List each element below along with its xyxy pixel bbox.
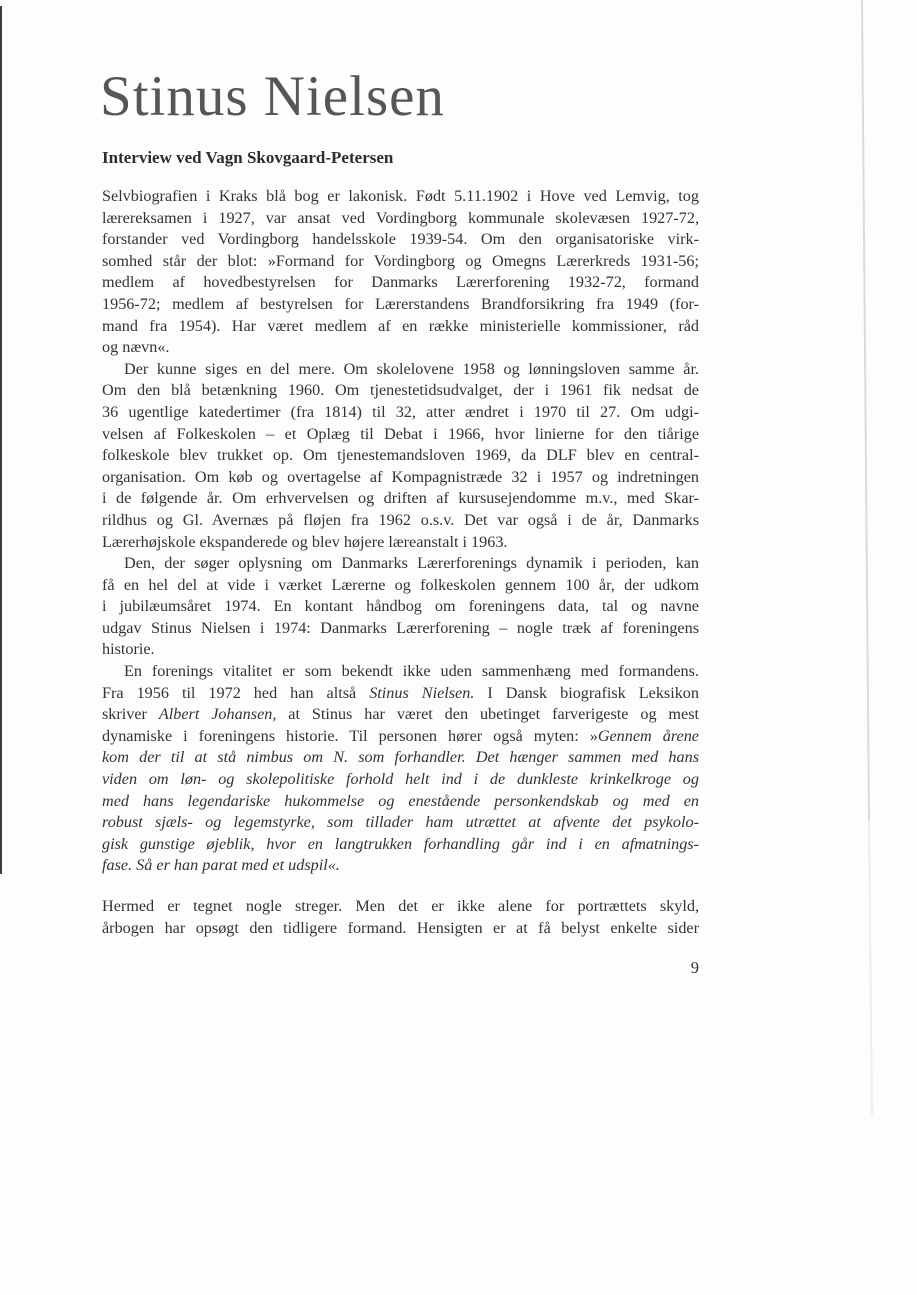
text-line: historie. [102, 639, 699, 661]
text-segment: i jubilæumsåret 1974. En kontant håndbog… [102, 597, 699, 615]
text-segment: at Stinus har været den ubetinget farver… [276, 705, 699, 723]
text-segment: historie. [102, 640, 155, 658]
article-body: Selvbiografien i Kraks blå bog er lakoni… [102, 186, 699, 939]
italic-text-segment: kom der til at stå nimbus om N. som forh… [102, 748, 699, 766]
text-line: forstander ved Vordingborg handelsskole … [102, 229, 699, 251]
italic-text-segment: gisk gunstige øjeblik, hvor en langtrukk… [102, 835, 699, 853]
text-line: og nævn«. [102, 337, 699, 359]
text-segment: Om den blå betænkning 1960. Om tjenestet… [102, 381, 699, 399]
text-segment: dynamiske i foreningens historie. Til pe… [102, 727, 598, 745]
text-segment: skriver [102, 705, 159, 723]
paragraph-3: Den, der søger oplysning om Danmarks Lær… [102, 553, 699, 661]
text-segment: 36 ugentlige katedertimer (fra 1814) til… [102, 403, 699, 421]
text-line: velsen af Folkeskolen – et Oplæg til Deb… [102, 424, 699, 446]
text-segment: i de følgende år. Om erhvervelsen og dri… [102, 489, 699, 507]
text-line: Hermed er tegnet nogle streger. Men det … [102, 896, 699, 918]
text-line: lærereksamen i 1927, var ansat ved Vordi… [102, 208, 699, 230]
text-segment: mand fra 1954). Har været medlem af en r… [102, 317, 699, 335]
italic-text-segment: viden om løn- og skolepolitiske forhold … [102, 770, 699, 788]
text-line: folkeskole blev trukket op. Om tjenestem… [102, 445, 699, 467]
paragraph-4: En forenings vitalitet er som bekendt ik… [102, 661, 699, 877]
text-segment: og nævn«. [102, 338, 169, 356]
text-segment: Selvbiografien i Kraks blå bog er lakoni… [102, 187, 699, 205]
text-segment: Den, der søger oplysning om Danmarks Lær… [124, 554, 699, 572]
text-segment: udgav Stinus Nielsen i 1974: Danmarks Læ… [102, 619, 699, 637]
italic-text-segment: Gennem årene [598, 727, 699, 745]
text-line: i de følgende år. Om erhvervelsen og dri… [102, 488, 699, 510]
text-line: med hans legendariske hukommelse og enes… [102, 791, 699, 813]
paragraph-5: Hermed er tegnet nogle streger. Men det … [102, 896, 699, 939]
text-segment: Der kunne siges en del mere. Om skolelov… [124, 360, 699, 378]
text-line: Den, der søger oplysning om Danmarks Lær… [102, 553, 699, 575]
text-line: få en hel del at vide i værket Lærerne o… [102, 575, 699, 597]
italic-text-segment: med hans legendariske hukommelse og enes… [102, 792, 699, 810]
text-line: gisk gunstige øjeblik, hvor en langtrukk… [102, 834, 699, 856]
text-line: Selvbiografien i Kraks blå bog er lakoni… [102, 186, 699, 208]
text-line: rildhus og Gl. Avernæs på fløjen fra 196… [102, 510, 699, 532]
text-line: udgav Stinus Nielsen i 1974: Danmarks Læ… [102, 618, 699, 640]
text-line: Lærerhøjskole ekspanderede og blev højer… [102, 532, 699, 554]
text-segment: forstander ved Vordingborg handelsskole … [102, 230, 699, 248]
text-segment: somhed står der blot: »Formand for Vordi… [102, 252, 699, 270]
text-line: medlem af hovedbestyrelsen for Danmarks … [102, 272, 699, 294]
text-line: organisation. Om køb og overtagelse af K… [102, 467, 699, 489]
text-line: 1956-72; medlem af bestyrelsen for Lærer… [102, 294, 699, 316]
text-line: årbogen har opsøgt den tidligere formand… [102, 918, 699, 940]
scan-edge-line-left [0, 6, 2, 874]
text-line: Om den blå betænkning 1960. Om tjenestet… [102, 380, 699, 402]
text-segment: årbogen har opsøgt den tidligere formand… [102, 919, 699, 937]
page-subtitle: Interview ved Vagn Skovgaard-Petersen [102, 148, 393, 168]
text-line: robust sjæls- og legemstyrke, som tillad… [102, 812, 699, 834]
text-line: skriver Albert Johansen, at Stinus har v… [102, 704, 699, 726]
paragraph-1: Selvbiografien i Kraks blå bog er lakoni… [102, 186, 699, 359]
italic-text-segment: Stinus Nielsen. [369, 684, 474, 702]
italic-text-segment: fase. Så er han parat med et udspil«. [102, 856, 340, 874]
text-segment: lærereksamen i 1927, var ansat ved Vordi… [102, 209, 699, 227]
text-segment: 1956-72; medlem af bestyrelsen for Lærer… [102, 295, 699, 313]
text-segment: I Dansk biografisk Leksikon [474, 684, 699, 702]
text-line: i jubilæumsåret 1974. En kontant håndbog… [102, 596, 699, 618]
text-line: En forenings vitalitet er som bekendt ik… [102, 661, 699, 683]
text-segment: folkeskole blev trukket op. Om tjenestem… [102, 446, 699, 464]
text-line: somhed står der blot: »Formand for Vordi… [102, 251, 699, 273]
text-segment: velsen af Folkeskolen – et Oplæg til Deb… [102, 425, 699, 443]
italic-text-segment: Albert Johansen, [159, 705, 277, 723]
text-segment: Hermed er tegnet nogle streger. Men det … [102, 897, 699, 915]
text-segment: få en hel del at vide i værket Lærerne o… [102, 576, 699, 594]
text-line: kom der til at stå nimbus om N. som forh… [102, 747, 699, 769]
text-segment: rildhus og Gl. Avernæs på fløjen fra 196… [102, 511, 699, 529]
text-line: 36 ugentlige katedertimer (fra 1814) til… [102, 402, 699, 424]
scanned-book-page: Stinus Nielsen Interview ved Vagn Skovga… [0, 0, 917, 1295]
text-line: dynamiske i foreningens historie. Til pe… [102, 726, 699, 748]
text-line: Fra 1956 til 1972 hed han altså Stinus N… [102, 683, 699, 705]
text-segment: organisation. Om køb og overtagelse af K… [102, 468, 699, 486]
text-line: Der kunne siges en del mere. Om skolelov… [102, 359, 699, 381]
text-segment: Lærerhøjskole ekspanderede og blev højer… [102, 533, 507, 551]
paragraph-2: Der kunne siges en del mere. Om skolelov… [102, 359, 699, 553]
text-line: mand fra 1954). Har været medlem af en r… [102, 316, 699, 338]
text-line: viden om løn- og skolepolitiske forhold … [102, 769, 699, 791]
text-segment: Fra 1956 til 1972 hed han altså [102, 684, 369, 702]
page-number: 9 [102, 958, 699, 978]
text-segment: En forenings vitalitet er som bekendt ik… [124, 662, 699, 680]
italic-text-segment: robust sjæls- og legemstyrke, som tillad… [102, 813, 699, 831]
text-line: fase. Så er han parat med et udspil«. [102, 855, 699, 877]
page-title: Stinus Nielsen [100, 66, 445, 129]
text-segment: medlem af hovedbestyrelsen for Danmarks … [102, 273, 699, 291]
